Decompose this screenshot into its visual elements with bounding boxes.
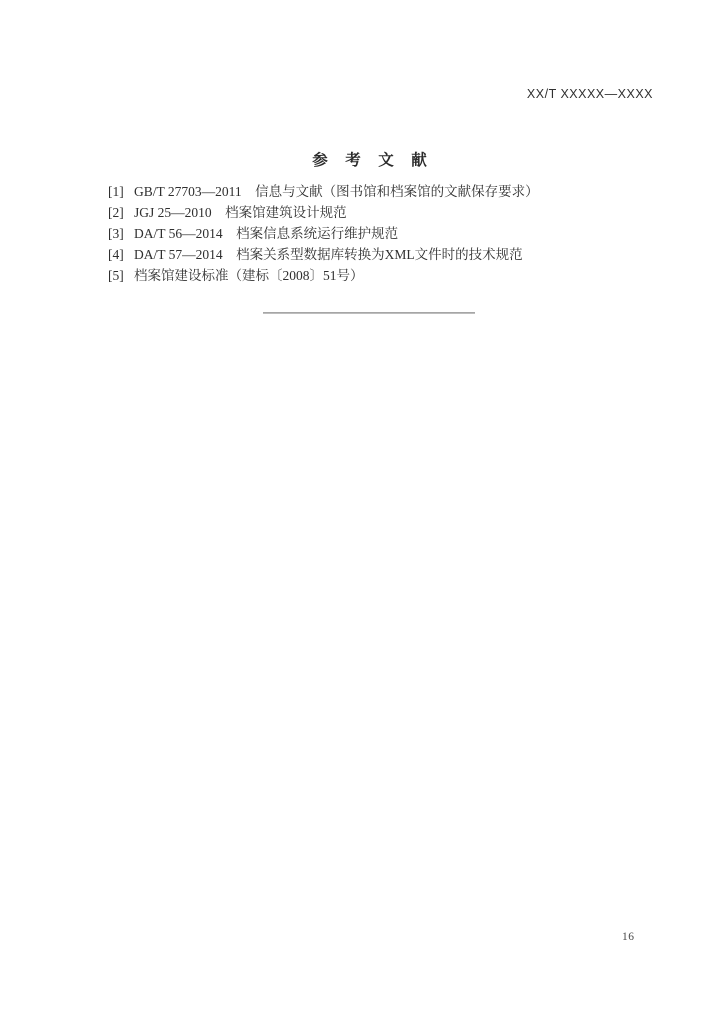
reference-number: [5] <box>108 265 134 286</box>
document-page: XX/T XXXXX—XXXX 参 考 文 献 [1] GB/T 27703—2… <box>0 0 720 1019</box>
page-number: 16 <box>622 931 635 943</box>
reference-text: 档案馆建设标准（建标〔2008〕51号） <box>134 265 364 286</box>
reference-number: [1] <box>108 181 134 202</box>
reference-text: DA/T 57—2014 档案关系型数据库转换为XML文件时的技术规范 <box>134 244 523 265</box>
reference-text: DA/T 56—2014 档案信息系统运行维护规范 <box>134 223 398 244</box>
reference-number: [4] <box>108 244 134 265</box>
reference-text: JGJ 25—2010 档案馆建筑设计规范 <box>134 202 347 223</box>
reference-item: [5] 档案馆建设标准（建标〔2008〕51号） <box>108 265 628 286</box>
reference-item: [2] JGJ 25—2010 档案馆建筑设计规范 <box>108 202 628 223</box>
reference-text: GB/T 27703—2011 信息与文献（图书馆和档案馆的文献保存要求） <box>134 181 539 202</box>
reference-number: [3] <box>108 223 134 244</box>
reference-item: [1] GB/T 27703—2011 信息与文献（图书馆和档案馆的文献保存要求… <box>108 181 628 202</box>
end-of-document-rule <box>263 312 475 314</box>
reference-item: [3] DA/T 56—2014 档案信息系统运行维护规范 <box>108 223 628 244</box>
standard-code-header: XX/T XXXXX—XXXX <box>527 87 653 101</box>
reference-number: [2] <box>108 202 134 223</box>
references-title: 参 考 文 献 <box>20 148 720 170</box>
reference-item: [4] DA/T 57—2014 档案关系型数据库转换为XML文件时的技术规范 <box>108 244 628 265</box>
references-list: [1] GB/T 27703—2011 信息与文献（图书馆和档案馆的文献保存要求… <box>108 181 628 286</box>
